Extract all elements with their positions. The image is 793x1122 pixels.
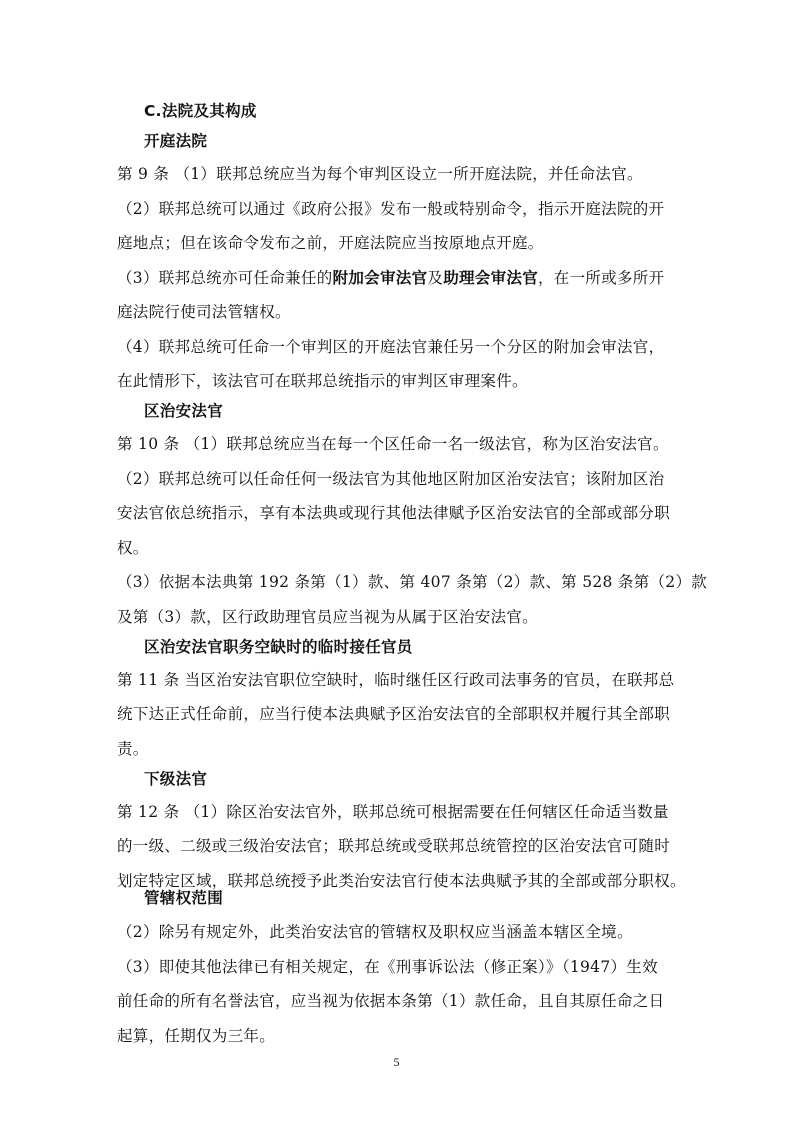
paragraph-line: 统下达正式任命前，应当行使本法典赋予区治安法官的全部职权并履行其全部职 bbox=[117, 704, 670, 724]
text-run: （3）联邦总统亦可任命兼任的 bbox=[117, 269, 333, 287]
paragraph-line: 庭地点；但在该命令发布之前，开庭法院应当按原地点开庭。 bbox=[117, 233, 544, 253]
bold-term: 附加会审法官 bbox=[333, 269, 428, 287]
paragraph-line: （2）联邦总统可以任命任何一级法官为其他地区附加区治安法官；该附加区治 bbox=[117, 469, 664, 489]
paragraph-line: 前任命的所有名誉法官，应当视为依据本条第（1）款任命，且自其原任命之日 bbox=[117, 991, 664, 1011]
heading-interim-officer: 区治安法官职务空缺时的临时接任官员 bbox=[144, 637, 413, 657]
paragraph-line: （3）联邦总统亦可任命兼任的附加会审法官及助理会审法官，在一所或多所开 bbox=[117, 268, 664, 288]
paragraph-line: （2）除另有规定外，此类治安法官的管辖权及职权应当涵盖本辖区全境。 bbox=[117, 922, 633, 942]
paragraph-line: 起算，任期仅为三年。 bbox=[117, 1026, 275, 1046]
paragraph-line: 第 11 条 当区治安法官职位空缺时，临时继任区行政司法事务的官员，在联邦总 bbox=[117, 670, 674, 690]
paragraph-line: 权。 bbox=[117, 538, 149, 558]
text-run: ，在一所或多所开 bbox=[538, 269, 664, 287]
heading-jurisdiction-scope: 管辖权范围 bbox=[144, 888, 223, 908]
document-page: C.法院及其构成 开庭法院 第 9 条 （1）联邦总统应当为每个审判区设立一所开… bbox=[0, 0, 793, 1122]
paragraph-line: 安法官依总统指示，享有本法典或现行其他法律赋予区治安法官的全部或部分职 bbox=[117, 503, 670, 523]
bold-term: 助理会审法官 bbox=[443, 269, 538, 287]
heading-district-magistrate: 区治安法官 bbox=[144, 401, 223, 421]
paragraph-line: 庭法院行使司法管辖权。 bbox=[117, 302, 291, 322]
heading-sessions-court: 开庭法院 bbox=[144, 131, 207, 151]
paragraph-line: （3）即使其他法律已有相关规定，在《刑事诉讼法（修正案）》（1947）生效 bbox=[117, 957, 658, 977]
paragraph-line: 第 10 条 （1）联邦总统应当在每一个区任命一名一级法官，称为区治安法官。 bbox=[117, 434, 669, 454]
paragraph-line: 第 12 条 （1）除区治安法官外，联邦总统可根据需要在任何辖区任命适当数量 bbox=[117, 802, 669, 822]
paragraph-line: 第 9 条 （1）联邦总统应当为每个审判区设立一所开庭法院，并任命法官。 bbox=[117, 164, 643, 184]
paragraph-line: 的一级、二级或三级治安法官；联邦总统或受联邦总统管控的区治安法官可随时 bbox=[117, 836, 670, 856]
page-number: 5 bbox=[0, 1055, 793, 1070]
paragraph-line: （4）联邦总统可任命一个审判区的开庭法官兼任另一个分区的附加会审法官， bbox=[117, 337, 664, 357]
paragraph-line: 在此情形下，该法官可在联邦总统指示的审判区审理案件。 bbox=[117, 371, 528, 391]
heading-subordinate-magistrates: 下级法官 bbox=[144, 769, 207, 789]
paragraph-line: 责。 bbox=[117, 739, 149, 759]
paragraph-line: （3）依据本法典第 192 条第（1）款、第 407 条第（2）款、第 528 … bbox=[117, 572, 707, 592]
paragraph-line: 及第（3）款，区行政助理官员应当视为从属于区治安法官。 bbox=[117, 607, 538, 627]
section-title: C.法院及其构成 bbox=[144, 101, 257, 121]
text-run: 及 bbox=[427, 269, 443, 287]
paragraph-line: （2）联邦总统可以通过《政府公报》发布一般或特别命令，指示开庭法院的开 bbox=[117, 199, 664, 219]
